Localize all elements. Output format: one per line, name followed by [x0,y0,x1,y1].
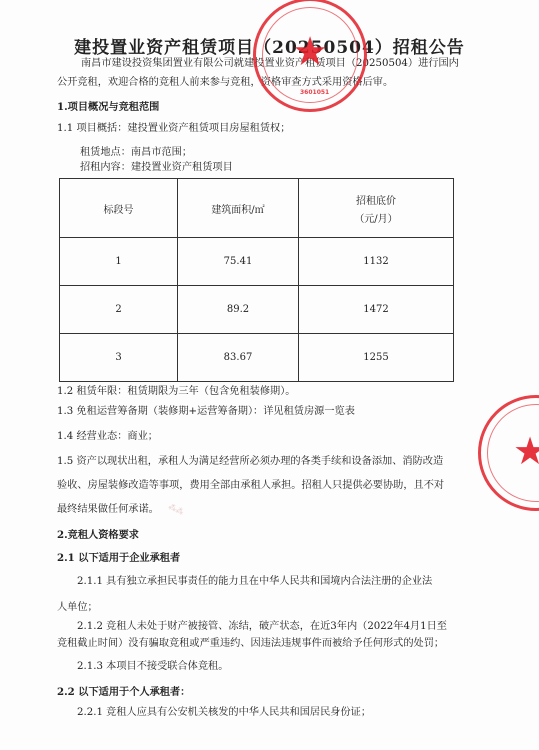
table-row: 2 89.2 1472 [60,286,454,334]
lease-content: 招租内容：建投置业资产租赁项目 [80,161,233,175]
header-price: 招租底价 （元/月） [299,179,454,238]
cell-price: 1255 [299,334,454,382]
faint-stamp-mark: ⁂⁂ [167,502,185,517]
table-row: 3 83.67 1255 [60,334,454,382]
header-price-label: 招租底价 [299,192,453,207]
section-2-1-2-line-2: 竞租截止时间）没有骗取竞租或严重违约、因违法违规事件而被给予任何形式的处罚； [57,637,444,651]
section-2-1-1-line-2: 人单位； [57,601,98,615]
seal-code: 3601051 [300,89,329,96]
section-1-4: 1.4 经营业态：商业； [57,430,158,444]
cell-lot: 3 [60,334,178,382]
cell-area: 89.2 [178,286,299,334]
star-icon: ★ [505,428,539,474]
section-2-1-3: 2.1.3 本项目不接受联合体竞租。 [77,660,228,674]
star-icon: ★ [284,29,336,75]
section-1-2: 1.2 租赁年限：租赁期限为三年（包含免租装修期）。 [57,385,295,399]
cell-lot: 1 [60,238,178,286]
section-2-1-1-line-1: 2.1.1 具有独立承担民事责任的能力且在中华人民共和国境内合法注册的企业法 [77,575,432,589]
table-header-row: 标段号 建筑面积/㎡ 招租底价 （元/月） [60,179,454,238]
cell-price: 1132 [299,238,454,286]
cell-lot: 2 [60,286,178,334]
section-2-1-2-line-1: 2.1.2 竞租人未处于财产被接管、冻结，破产状态，在近3年内（2022年4月1… [77,620,447,634]
cell-area: 75.41 [178,238,299,286]
cell-price: 1472 [299,286,454,334]
section-2-heading: 2.竞租人资格要求 [57,526,139,541]
cell-area: 83.67 [178,334,299,382]
section-2-1: 2.1 以下适用于企业承租者 [57,549,180,564]
company-seal-right: ★ [478,395,539,511]
section-1-5-line-2: 验收、房屋装修改造等事项，费用全部由承租人承担。招租人只提供必要协助，且不对 [57,479,444,493]
table-row: 1 75.41 1132 [60,238,454,286]
header-lot: 标段号 [60,179,178,238]
company-seal-top: ★ 南昌市建设投资集团置业有限公司 3601051 [253,0,367,112]
header-price-unit: （元/月） [299,210,453,225]
lots-table: 标段号 建筑面积/㎡ 招租底价 （元/月） 1 75.41 1132 2 89.… [59,178,454,382]
section-1-3: 1.3 免租运营筹备期（装修期+运营筹备期）：详见租赁房源一览表 [57,405,355,419]
section-2-2: 2.2 以下适用于个人承租者： [57,683,190,698]
section-1-heading: 1.项目概况与竞租范围 [57,98,159,113]
section-1-1: 1.1 项目概括：建投置业资产租赁项目房屋租赁权； [57,122,290,136]
section-2-2-1: 2.2.1 竞租人应具有公安机关核发的中华人民共和国居民身份证； [77,706,371,720]
section-1-5-line-1: 1.5 资产以现状出租，承租人为满足经营所必须办理的各类手续和设备添加、消防改造 [57,455,443,469]
lease-location: 租赁地点：南昌市范围； [80,146,192,160]
header-area: 建筑面积/㎡ [178,179,299,238]
section-1-5-line-3: 最终结果做任何承诺。 [57,503,159,517]
